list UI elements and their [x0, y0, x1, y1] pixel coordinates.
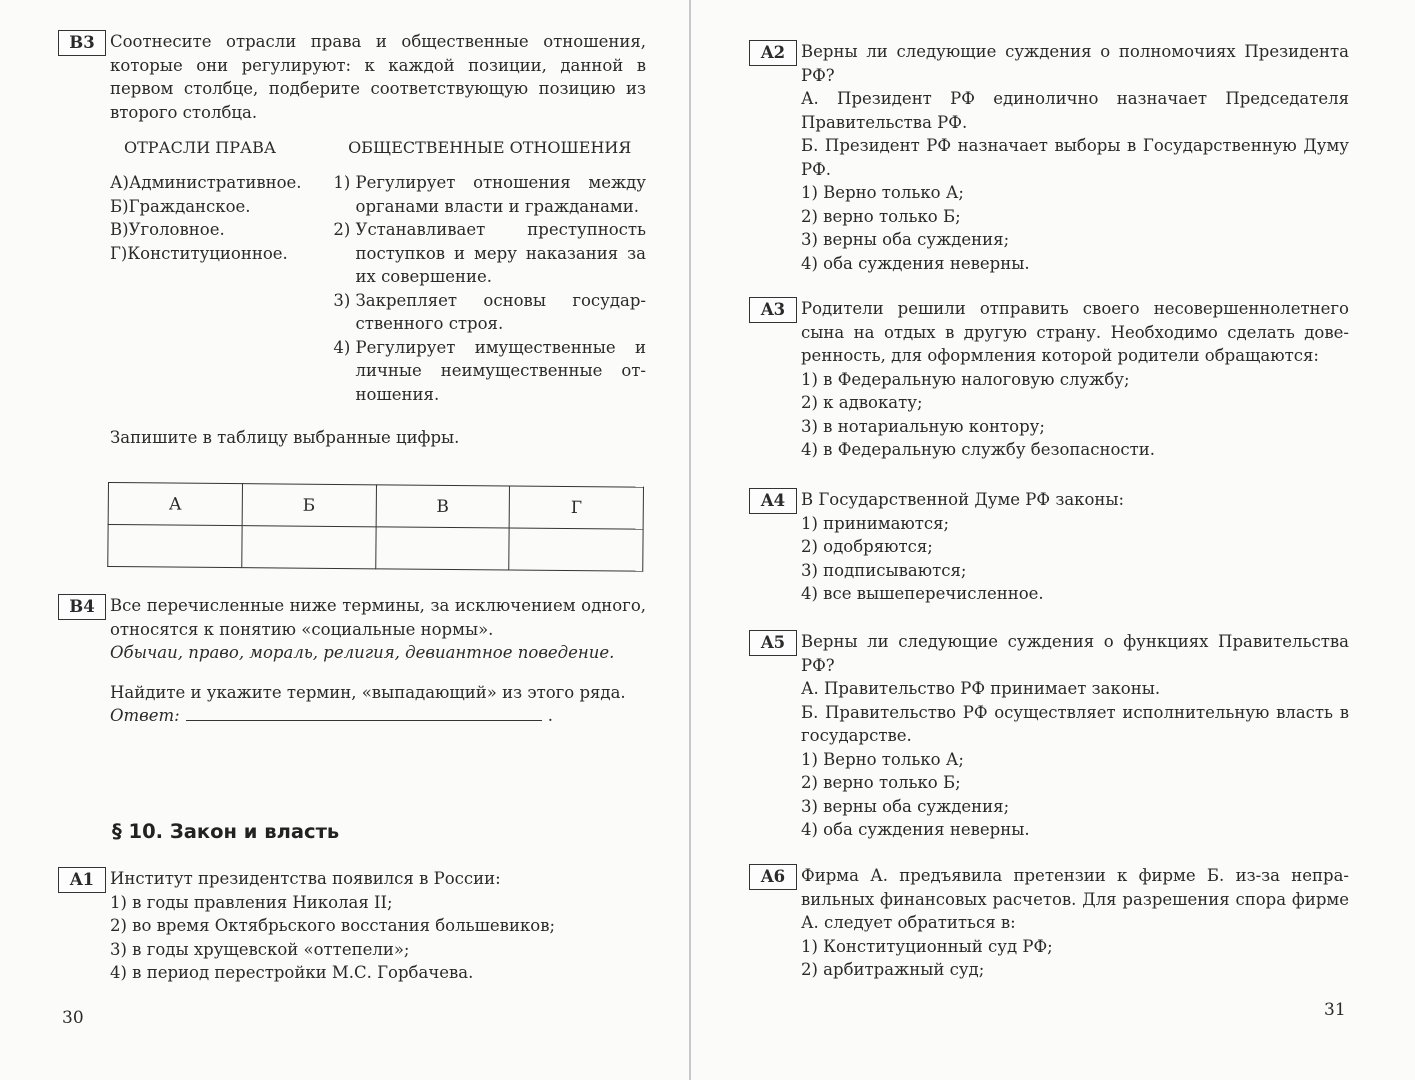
answer-option[interactable]: 2) верно только Б;	[801, 205, 1349, 229]
section-title: § 10. Закон и власть	[112, 820, 339, 843]
law-branch-item: В) Уголовное.	[110, 218, 333, 242]
answer-cell[interactable]	[509, 528, 643, 571]
answer-option[interactable]: 4) в Федеральную службу безопасности.	[801, 438, 1349, 462]
task-question: Верны ли следующие суждения о функциях П…	[801, 630, 1349, 677]
law-branch-item: А) Администра­тивное.	[110, 171, 333, 195]
social-relation-item: 1) Регулирует отношения между органами в…	[333, 171, 646, 218]
task-a3: A3 Родители решили отправить своего несо…	[749, 297, 1349, 462]
answer-option[interactable]: 2) арбитражный суд;	[801, 958, 1349, 982]
social-relation-item: 3) Закрепляет основы государ­ственного с…	[333, 289, 646, 336]
terms-list: Обычаи, право, мораль, религия, девиантн…	[110, 641, 646, 665]
task-label: B3	[58, 30, 106, 56]
task-question: Верны ли следующие суждения о полномочия…	[801, 40, 1349, 87]
column-header-law-branches: ОТРАСЛИ ПРАВА	[120, 136, 280, 159]
answer-option[interactable]: 4) в период перестройки М.С. Горбачева.	[110, 961, 648, 985]
task-a2: A2 Верны ли следующие суждения о полномо…	[749, 40, 1349, 275]
answer-cell[interactable]	[375, 527, 509, 570]
answer-option[interactable]: 3) в годы хрущевской «оттепели»;	[110, 938, 648, 962]
task-label: A1	[58, 867, 106, 893]
task-a4: A4 В Государственной Думе РФ законы: 1) …	[749, 488, 1349, 606]
answer-cell[interactable]	[242, 526, 376, 569]
answer-label: Ответ:	[110, 706, 180, 725]
task-a1: A1 Институт президентства появился в Рос…	[58, 867, 648, 985]
answer-table-header: А	[108, 483, 242, 526]
task-label: A5	[749, 630, 797, 656]
answer-option[interactable]: 3) верны оба суждения;	[801, 228, 1349, 252]
answer-cell[interactable]	[108, 525, 242, 568]
answer-field[interactable]	[186, 705, 542, 721]
answer-option[interactable]: 1) Конституционный суд РФ;	[801, 935, 1349, 959]
left-page: B3 Соотнесите отрасли права и общественн…	[0, 0, 689, 1080]
task-question: В Государственной Думе РФ законы:	[801, 488, 1349, 512]
answer-option[interactable]: 4) все вышеперечисленное.	[801, 582, 1349, 606]
answer-table-header: Г	[509, 486, 643, 529]
answer-option[interactable]: 3) верны оба суждения;	[801, 795, 1349, 819]
statement: А. Президент РФ единолично назначает Пре…	[801, 87, 1349, 134]
answer-option[interactable]: 1) Верно только А;	[801, 181, 1349, 205]
task-b4: B4 Все перечисленные ниже термины, за ис…	[58, 594, 646, 728]
social-relation-item: 4) Регулирует имущественные и личные неи…	[333, 336, 646, 407]
task-a6: A6 Фирма А. предъявила претензии к фирме…	[749, 864, 1349, 982]
task-question: Фирма А. предъявила претензии к фирме Б.…	[801, 864, 1349, 935]
answer-option[interactable]: 4) оба суждения неверны.	[801, 252, 1349, 276]
answer-table-header: В	[376, 485, 510, 528]
answer-option[interactable]: 4) оба суждения неверны.	[801, 818, 1349, 842]
table-instruction: Запишите в таблицу выбранные цифры.	[110, 426, 646, 450]
task-prompt: Все перечисленные ниже термины, за исклю…	[110, 594, 646, 641]
page-number: 31	[1324, 1000, 1346, 1020]
answer-option[interactable]: 1) принимаются;	[801, 512, 1349, 536]
column-header-social-relations: ОБЩЕСТВЕННЫЕ ОТНОШЕНИЯ	[333, 136, 646, 159]
task-question: Институт президентства появился в России…	[110, 867, 648, 891]
answer-option[interactable]: 2) к адвокату;	[801, 391, 1349, 415]
task-label: A3	[749, 297, 797, 323]
answer-option[interactable]: 2) верно только Б;	[801, 771, 1349, 795]
task-prompt: Соотнесите отрасли права и общественные …	[110, 30, 646, 124]
answer-option[interactable]: 3) подписываются;	[801, 559, 1349, 583]
page-number: 30	[62, 1008, 84, 1028]
answer-option[interactable]: 3) в нотариальную контору;	[801, 415, 1349, 439]
task-label: B4	[58, 594, 106, 620]
right-page: A2 Верны ли следующие суждения о полномо…	[691, 0, 1415, 1080]
answer-option[interactable]: 2) одобряются;	[801, 535, 1349, 559]
task-a5: A5 Верны ли следующие суждения о функция…	[749, 630, 1349, 842]
statement: А. Правительство РФ принимает законы.	[801, 677, 1349, 701]
statement: Б. Правительство РФ осуществляет исполни…	[801, 701, 1349, 748]
law-branch-item: Г) Конституци­онное.	[110, 242, 333, 266]
task-b3: B3 Соотнесите отрасли права и общественн…	[58, 30, 646, 450]
answer-option[interactable]: 2) во время Октябрьского восстания больш…	[110, 914, 648, 938]
answer-table: А Б В Г	[107, 482, 644, 572]
statement: Б. Президент РФ назначает выборы в Госуд…	[801, 134, 1349, 181]
social-relation-item: 2) Устанавливает преступность поступков …	[333, 218, 646, 289]
answer-option[interactable]: 1) Верно только А;	[801, 748, 1349, 772]
task-label: A2	[749, 40, 797, 66]
answer-table-header: Б	[242, 484, 376, 527]
task-question: Родители решили отправить своего несовер…	[801, 297, 1349, 368]
task-label: A4	[749, 488, 797, 514]
answer-option[interactable]: 1) в Федеральную налоговую службу;	[801, 368, 1349, 392]
task-label: A6	[749, 864, 797, 890]
law-branch-item: Б) Гражданское.	[110, 195, 333, 219]
task-question: Найдите и укажите термин, «выпадающий» и…	[110, 681, 646, 705]
answer-option[interactable]: 1) в годы правления Николая II;	[110, 891, 648, 915]
